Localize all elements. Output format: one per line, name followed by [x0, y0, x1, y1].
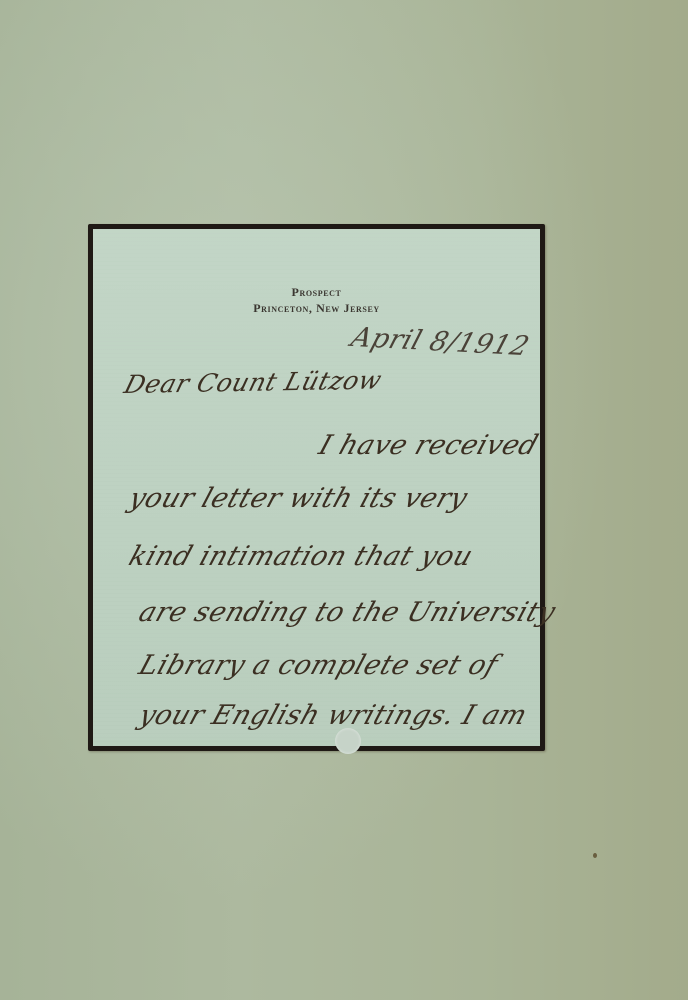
letter-body-line: are sending to the University — [135, 597, 560, 628]
punch-hole — [335, 728, 361, 754]
letter-body-line: your letter with its very — [125, 483, 472, 514]
letter-body-line: I have received — [315, 430, 542, 461]
letter-body-line: kind intimation that you — [125, 541, 477, 572]
letterhead-line-1: Prospect — [88, 285, 545, 300]
board-speck — [593, 853, 597, 858]
letter-body-line: Library a complete set of — [135, 650, 502, 681]
letterhead-line-2: Princeton, New Jersey — [88, 301, 545, 316]
photo-background: { "document": { "type": "handwritten let… — [0, 0, 688, 1000]
letter-body-line: your English writings. I am — [135, 700, 531, 731]
letter-salutation: Dear Count Lützow — [121, 366, 385, 399]
